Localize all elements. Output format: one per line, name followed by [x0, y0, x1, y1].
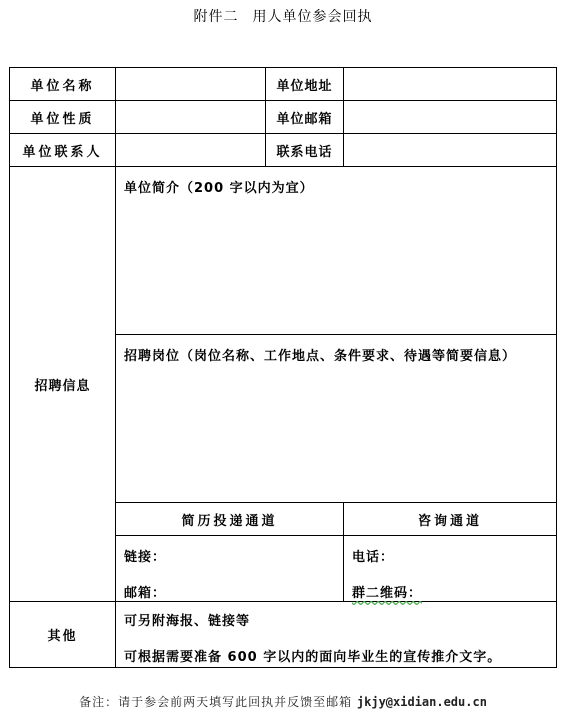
label-unit-contact: 单位联系人: [10, 134, 116, 167]
resume-channel-header: 简历投递通道: [116, 503, 344, 536]
consult-qr-label: 群二维码：: [352, 586, 422, 601]
field-resume-channel[interactable]: 链接： 邮箱：: [116, 536, 344, 602]
title-prefix: 附件二: [194, 9, 239, 25]
label-unit-address: 单位地址: [266, 68, 344, 101]
positions-prompt: 招聘岗位（岗位名称、工作地点、条件要求、待遇等简要信息）: [116, 335, 556, 364]
footnote: 备注：请于参会前两天填写此回执并反馈至邮箱 jkjy@xidian.edu.cn: [0, 693, 566, 710]
footnote-text: 备注：请于参会前两天填写此回执并反馈至邮箱: [79, 695, 357, 709]
document-title: 附件二用人单位参会回执: [0, 6, 566, 26]
label-unit-nature: 单位性质: [10, 101, 116, 134]
title-main: 用人单位参会回执: [253, 9, 373, 25]
field-unit-contact[interactable]: [116, 134, 266, 167]
field-unit-intro[interactable]: 单位简介（200 字以内为宜）: [116, 167, 557, 335]
label-recruitment-info: 招聘信息: [10, 167, 116, 602]
resume-email-label: 邮箱：: [116, 565, 343, 601]
reply-form-table: 单位名称 单位地址 单位性质 单位邮箱 单位联系人 联系电话 招聘信息 单位简介…: [9, 67, 557, 668]
consult-phone-label: 电话：: [344, 536, 556, 565]
field-unit-name[interactable]: [116, 68, 266, 101]
resume-link-label: 链接：: [116, 536, 343, 565]
field-positions[interactable]: 招聘岗位（岗位名称、工作地点、条件要求、待遇等简要信息）: [116, 335, 557, 503]
label-unit-email: 单位邮箱: [266, 101, 344, 134]
footnote-email: jkjy@xidian.edu.cn: [357, 695, 487, 709]
label-other: 其他: [10, 602, 116, 668]
consult-channel-header: 咨询通道: [344, 503, 557, 536]
other-line-1: 可另附海报、链接等: [116, 602, 556, 629]
label-unit-name: 单位名称: [10, 68, 116, 101]
other-line-2: 可根据需要准备 600 字以内的面向毕业生的宣传推介文字。: [116, 629, 556, 665]
unit-intro-prompt: 单位简介（200 字以内为宜）: [116, 167, 556, 196]
field-unit-nature[interactable]: [116, 101, 266, 134]
field-contact-phone[interactable]: [344, 134, 557, 167]
field-unit-address[interactable]: [344, 68, 557, 101]
field-consult-channel[interactable]: 电话： 群二维码：: [344, 536, 557, 602]
label-contact-phone: 联系电话: [266, 134, 344, 167]
field-unit-email[interactable]: [344, 101, 557, 134]
field-other[interactable]: 可另附海报、链接等 可根据需要准备 600 字以内的面向毕业生的宣传推介文字。: [116, 602, 557, 668]
